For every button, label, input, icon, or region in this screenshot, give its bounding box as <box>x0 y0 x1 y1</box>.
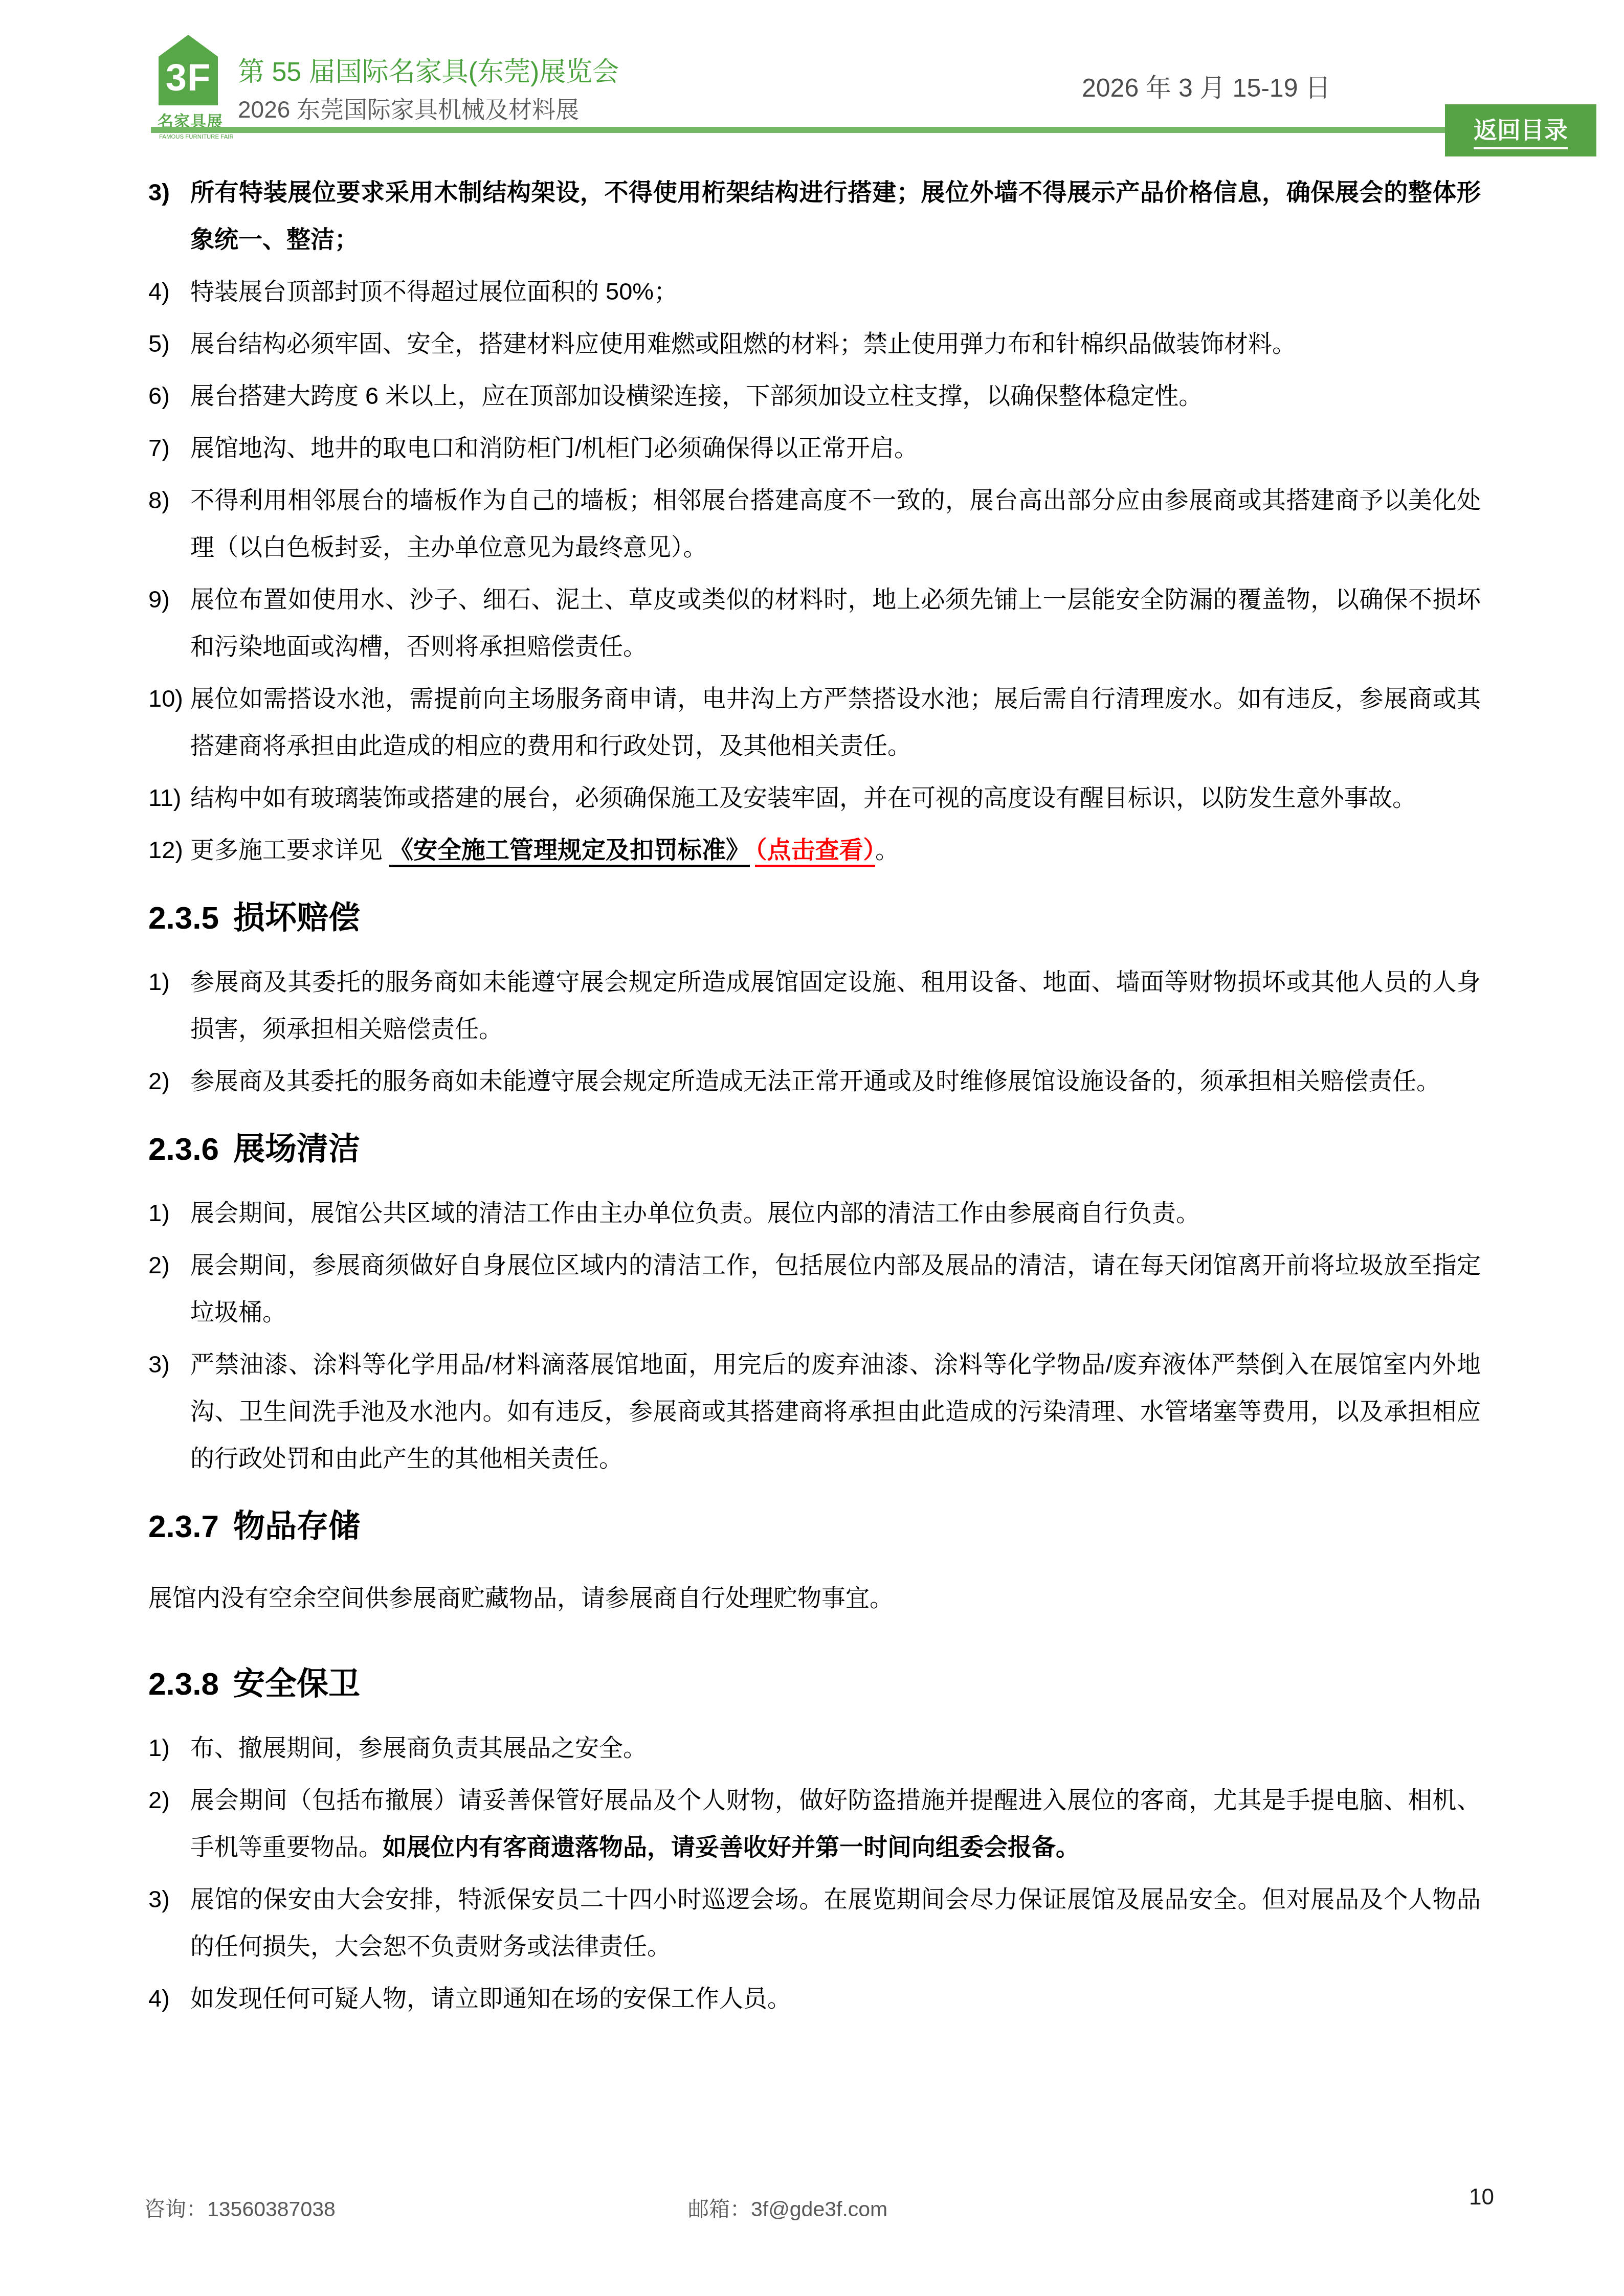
list-item: 3) 严禁油漆、涂料等化学用品/材料滴落展馆地面，用完后的废弃油漆、涂料等化学物… <box>148 1341 1481 1482</box>
footer-phone: 咨询：13560387038 <box>144 2192 336 2222</box>
list-item-number: 2) <box>148 1242 170 1289</box>
rule-text: 展位如需搭设水池，需提前向主场服务商申请，电井沟上方严禁搭设水池；展后需自行清理… <box>190 685 1481 759</box>
section-number: 2.3.8 <box>148 1667 219 1702</box>
rule-number: 4) <box>148 268 170 315</box>
section-heading-2-3-6: 2.3.6展场清洁 <box>148 1130 1481 1169</box>
list-item-text: 参展商及其委托的服务商如未能遵守展会规定所造成无法正常开通或及时维修展馆设施设备… <box>190 1067 1440 1094</box>
rule-item-6: 6) 展台搭建大跨度 6 米以上，应在顶部加设横梁连接，下部须加设立柱支撑，以确… <box>148 372 1481 419</box>
list-item-text: 如发现任何可疑人物，请立即通知在场的安保工作人员。 <box>190 1985 791 2012</box>
rule-number: 11) <box>148 774 181 821</box>
document-page: { "header": { "logo_mark": "3F", "logo_n… <box>0 0 1624 2296</box>
section-number: 2.3.7 <box>148 1509 219 1544</box>
rule-item-10: 10) 展位如需搭设水池，需提前向主场服务商申请，电井沟上方严禁搭设水池；展后需… <box>148 675 1481 769</box>
list-item-number: 3) <box>148 1341 170 1388</box>
rule-text: 结构中如有玻璃装饰或搭建的展台，必须确保施工及安装牢固，并在可视的高度设有醒目标… <box>190 784 1416 811</box>
rule-text: 更多施工要求详见 <box>190 836 389 863</box>
list-item-text-emphasis: 如展位内有客商遗落物品，请妥善收好并第一时间向组委会报备。 <box>383 1833 1080 1860</box>
rule-number: 12) <box>148 826 183 873</box>
rule-text: 不得利用相邻展台的墙板作为自己的墙板；相邻展台搭建高度不一致的，展台高出部分应由… <box>190 486 1481 560</box>
section-number: 2.3.6 <box>148 1132 219 1167</box>
section-title: 损坏赔偿 <box>233 901 360 936</box>
rule-number: 8) <box>148 477 170 524</box>
list-item: 2) 展会期间，参展商须做好自身展位区域内的清洁工作，包括展位内部及展品的清洁，… <box>148 1242 1481 1336</box>
rule-text: 展台搭建大跨度 6 米以上，应在顶部加设横梁连接，下部须加设立柱支撑，以确保整体… <box>190 382 1203 409</box>
section-heading-2-3-7: 2.3.7物品存储 <box>148 1507 1481 1546</box>
list-item-number: 1) <box>148 1189 170 1236</box>
rule-item-5: 5) 展台结构必须牢固、安全，搭建材料应使用难燃或阻燃的材料；禁止使用弹力布和针… <box>148 320 1481 367</box>
rule-text-suffix: 。 <box>875 836 899 863</box>
rule-number: 6) <box>148 372 170 419</box>
rule-number: 9) <box>148 576 170 623</box>
list-item-number: 1) <box>148 958 170 1005</box>
section-title: 物品存储 <box>233 1509 360 1544</box>
logo-house-icon: 3F <box>159 35 218 105</box>
event-date: 2026 年 3 月 15-19 日 <box>1082 67 1330 104</box>
rule-item-11: 11) 结构中如有玻璃装饰或搭建的展台，必须确保施工及安装牢固，并在可视的高度设… <box>148 774 1481 821</box>
section-heading-2-3-5: 2.3.5损坏赔偿 <box>148 899 1481 938</box>
rule-text: 展位布置如使用水、沙子、细石、泥土、草皮或类似的材料时，地上必须先铺上一层能安全… <box>190 586 1481 660</box>
page-number: 10 <box>1469 2185 1494 2210</box>
list-item: 2) 展会期间（包括布撤展）请妥善保管好展品及个人财物，做好防盗措施并提醒进入展… <box>148 1776 1481 1871</box>
page-title: 第 55 届国际名家具(东莞)展览会 <box>238 50 619 88</box>
logo-name-en: FAMOUS FURNITURE FAIR <box>159 133 217 140</box>
list-item-text: 展会期间，参展商须做好自身展位区域内的清洁工作，包括展位内部及展品的清洁，请在每… <box>190 1251 1481 1325</box>
list-item-text: 参展商及其委托的服务商如未能遵守展会规定所造成展馆固定设施、租用设备、地面、墙面… <box>190 968 1481 1042</box>
footer-email: 邮箱：3f@gde3f.com <box>688 2192 887 2222</box>
list-item-text: 布、撤展期间，参展商负责其展品之安全。 <box>190 1734 647 1761</box>
list-item: 4) 如发现任何可疑人物，请立即通知在场的安保工作人员。 <box>148 1975 1481 2022</box>
list-item: 3) 展馆的保安由大会安排，特派保安员二十四小时巡逻会场。在展览期间会尽力保证展… <box>148 1876 1481 1970</box>
rule-item-4: 4) 特装展台顶部封顶不得超过展位面积的 50%； <box>148 268 1481 315</box>
rule-number: 3) <box>148 169 170 216</box>
list-item-number: 3) <box>148 1876 170 1923</box>
storage-paragraph: 展馆内没有空余空间供参展商贮藏物品，请参展商自行处理贮物事宜。 <box>148 1574 1481 1622</box>
list-item-text: 展会期间，展馆公共区域的清洁工作由主办单位负责。展位内部的清洁工作由参展商自行负… <box>190 1199 1200 1226</box>
section-heading-2-3-8: 2.3.8安全保卫 <box>148 1665 1481 1704</box>
list-item-number: 4) <box>148 1975 170 2022</box>
list-item-number: 2) <box>148 1776 170 1824</box>
page-content: 3) 所有特装展位要求采用木制结构架设，不得使用桁架结构进行搭建；展位外墙不得展… <box>0 159 1624 2022</box>
list-item-text: 严禁油漆、涂料等化学用品/材料滴落展馆地面，用完后的废弃油漆、涂料等化学物品/废… <box>190 1350 1481 1472</box>
list-item: 1) 布、撤展期间，参展商负责其展品之安全。 <box>148 1724 1481 1771</box>
rule-item-7: 7) 展馆地沟、地井的取电口和消防柜门/机柜门必须确保得以正常开启。 <box>148 424 1481 471</box>
rule-number: 10) <box>148 675 183 722</box>
logo-3f-mark: 3F <box>166 56 211 99</box>
page-subtitle: 2026 东莞国际家具机械及材料展 <box>238 91 579 125</box>
click-to-view-link[interactable]: （点击查看） <box>755 836 875 867</box>
back-to-toc-button[interactable]: 返回目录 <box>1445 104 1596 156</box>
page-header: 3F 名家具展 FAMOUS FURNITURE FAIR 第 55 届国际名家… <box>0 0 1624 159</box>
rule-text: 所有特装展位要求采用木制结构架设，不得使用桁架结构进行搭建；展位外墙不得展示产品… <box>190 178 1481 253</box>
list-item-text: 展馆的保安由大会安排，特派保安员二十四小时巡逻会场。在展览期间会尽力保证展馆及展… <box>190 1885 1481 1960</box>
safety-regulation-doc-link[interactable]: 《安全施工管理规定及扣罚标准》 <box>389 836 750 867</box>
list-item: 1) 展会期间，展馆公共区域的清洁工作由主办单位负责。展位内部的清洁工作由参展商… <box>148 1189 1481 1236</box>
section-number: 2.3.5 <box>148 901 219 936</box>
section-title: 安全保卫 <box>233 1667 360 1702</box>
rule-text: 特装展台顶部封顶不得超过展位面积的 50%； <box>190 278 678 305</box>
rule-number: 5) <box>148 320 170 367</box>
fair-logo: 3F 名家具展 FAMOUS FURNITURE FAIR <box>158 35 219 140</box>
rule-item-3: 3) 所有特装展位要求采用木制结构架设，不得使用桁架结构进行搭建；展位外墙不得展… <box>148 169 1481 263</box>
list-item-number: 2) <box>148 1057 170 1105</box>
rule-text: 展台结构必须牢固、安全，搭建材料应使用难燃或阻燃的材料；禁止使用弹力布和针棉织品… <box>190 330 1296 357</box>
back-to-toc-label: 返回目录 <box>1474 111 1568 149</box>
section-title: 展场清洁 <box>233 1132 360 1167</box>
rule-item-9: 9) 展位布置如使用水、沙子、细石、泥土、草皮或类似的材料时，地上必须先铺上一层… <box>148 576 1481 670</box>
rule-text: 展馆地沟、地井的取电口和消防柜门/机柜门必须确保得以正常开启。 <box>190 434 918 461</box>
rule-item-12: 12)更多施工要求详见 《安全施工管理规定及扣罚标准》（点击查看）。 <box>148 826 1481 873</box>
list-item: 2) 参展商及其委托的服务商如未能遵守展会规定所造成无法正常开通或及时维修展馆设… <box>148 1057 1481 1105</box>
rule-number: 7) <box>148 424 170 471</box>
rule-item-8: 8) 不得利用相邻展台的墙板作为自己的墙板；相邻展台搭建高度不一致的，展台高出部… <box>148 477 1481 571</box>
header-divider <box>151 127 1596 133</box>
list-item-number: 1) <box>148 1724 170 1771</box>
list-item: 1) 参展商及其委托的服务商如未能遵守展会规定所造成展馆固定设施、租用设备、地面… <box>148 958 1481 1052</box>
